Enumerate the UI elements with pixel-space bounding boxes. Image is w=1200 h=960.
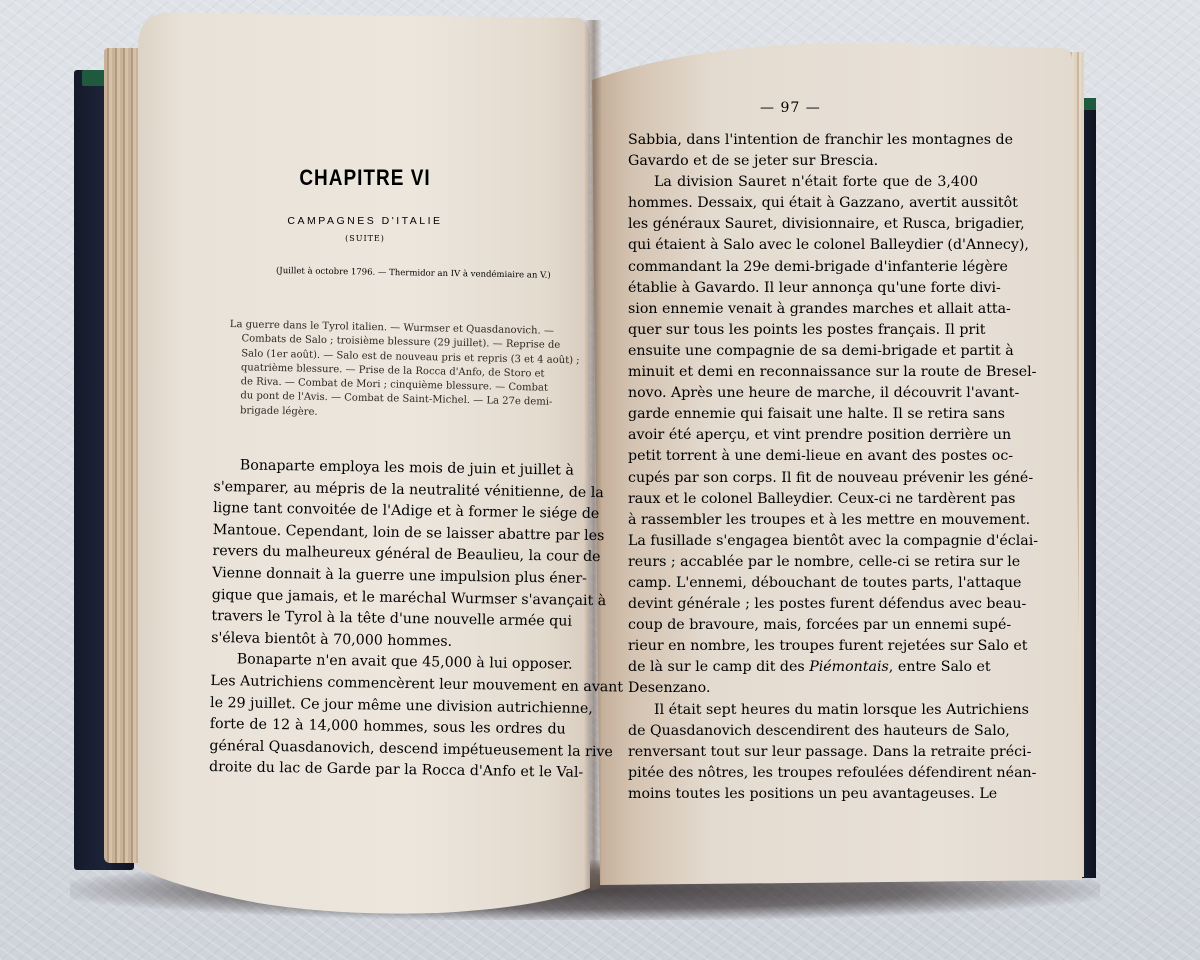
text-line: moins toutes les positions un peu avanta… bbox=[628, 784, 978, 805]
text-line: devint générale ; les postes furent défe… bbox=[628, 594, 978, 615]
text-line: minuit et demi en reconnaissance sur la … bbox=[628, 362, 978, 383]
text-line: novo. Après une heure de marche, il déco… bbox=[628, 383, 978, 404]
text-line: à rassembler les troupes et à les mettre… bbox=[628, 510, 978, 531]
text-line: sion ennemie venait à grandes marches et… bbox=[628, 299, 978, 320]
text-line: reurs ; accablée par le nombre, celle-ci… bbox=[628, 552, 978, 573]
text-line: qui étaient à Salo avec le colonel Balle… bbox=[628, 235, 978, 256]
text-line: établie à Gavardo. Il leur annonça qu'un… bbox=[628, 278, 978, 299]
text-line: cupés par son corps. Il fit de nouveau p… bbox=[628, 468, 978, 489]
text-line: commandant la 29e demi-brigade d'infante… bbox=[628, 257, 978, 278]
chapter-suite: (SUITE) bbox=[215, 234, 515, 243]
text-segment: , entre Salo et bbox=[889, 659, 991, 675]
text-line: garde ennemie qui faisait une halte. Il … bbox=[628, 404, 978, 425]
chapter-title: CHAPITRE VI bbox=[215, 166, 515, 191]
text-line: hommes. Dessaix, qui était à Gazzano, av… bbox=[628, 193, 978, 214]
text-line: raux et le colonel Balleydier. Ceux-ci n… bbox=[628, 489, 978, 510]
text-line: Desenzano. bbox=[628, 678, 978, 699]
text-line: pitée des nôtres, les troupes refoulées … bbox=[628, 763, 978, 784]
text-line: quer sur tous les points les postes fran… bbox=[628, 320, 978, 341]
text-line: rieur en nombre, les troupes furent reje… bbox=[628, 636, 978, 657]
left-page-body: Bonaparte employa les mois de juin et ju… bbox=[209, 455, 570, 784]
text-line: Gavardo et de se jeter sur Brescia. bbox=[628, 151, 978, 172]
text-line: ensuite une compagnie de sa demi-brigade… bbox=[628, 341, 978, 362]
text-line: Il était sept heures du matin lorsque le… bbox=[628, 700, 978, 721]
text-line: La division Sauret n'était forte que de … bbox=[628, 172, 978, 193]
page-number: — 97 — bbox=[760, 100, 821, 116]
right-page-body: Sabbia, dans l'intention de franchir les… bbox=[628, 130, 978, 805]
text-line: petit torrent à une demi-lieue en avant … bbox=[628, 446, 978, 467]
text-line: camp. L'ennemi, débouchant de toutes par… bbox=[628, 573, 978, 594]
text-line: les généraux Sauret, divisionnaire, et R… bbox=[628, 214, 978, 235]
text-segment: de là sur le camp dit des bbox=[628, 659, 805, 675]
text-line: renversant tout sur leur passage. Dans l… bbox=[628, 742, 978, 763]
text-line: de Quasdanovich descendirent des hauteur… bbox=[628, 721, 978, 742]
text-line: La fusillade s'engagea bientôt avec la c… bbox=[628, 531, 978, 552]
text-line: avoir été aperçu, et vint prendre positi… bbox=[628, 425, 978, 446]
chapter-summary: La guerre dans le Tyrol italien. — Wurms… bbox=[228, 318, 575, 425]
text-line: coup de bravoure, mais, forcées par un e… bbox=[628, 615, 978, 636]
italic-word: Piémontais bbox=[809, 659, 889, 675]
text-line: Sabbia, dans l'intention de franchir les… bbox=[628, 130, 978, 151]
chapter-subtitle: CAMPAGNES D'ITALIE bbox=[215, 215, 515, 227]
text-line-with-italic: de là sur le camp dit des Piémontais, en… bbox=[628, 657, 978, 678]
